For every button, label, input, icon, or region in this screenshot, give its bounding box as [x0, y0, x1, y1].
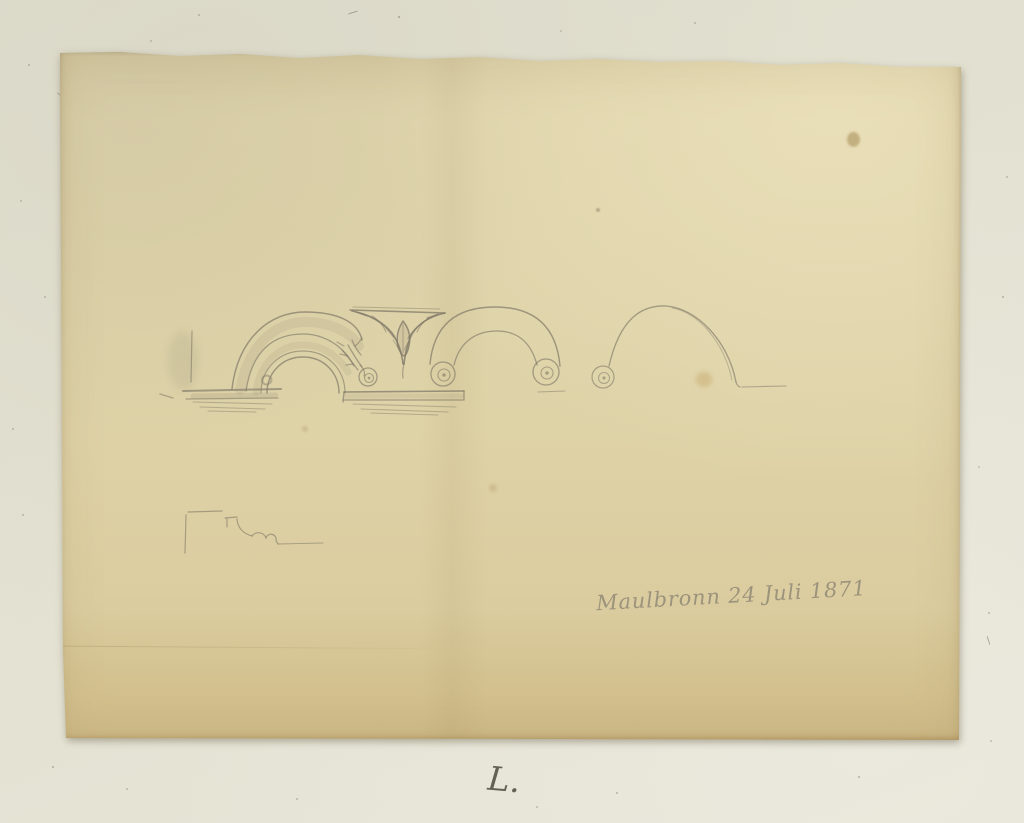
spandrel-palmette	[350, 307, 445, 378]
mount-paper-speckles	[0, 0, 2, 2]
pencil-sketch-svg	[60, 50, 961, 740]
drawing-sheet-wrapper: Maulbronn 24 Juli 1871	[60, 50, 961, 740]
arch-sketch-scrolled	[430, 307, 565, 392]
arch-sketch-outline	[592, 306, 786, 388]
arch-sketch-detailed	[160, 312, 362, 412]
impost-plinth	[343, 391, 464, 415]
collector-mark: L.	[486, 759, 522, 801]
moulding-profile-sketch	[185, 511, 323, 553]
drawing-sheet: Maulbronn 24 Juli 1871	[60, 50, 961, 740]
page: { "scan": { "kind": "scanned pencil draw…	[0, 0, 1024, 823]
